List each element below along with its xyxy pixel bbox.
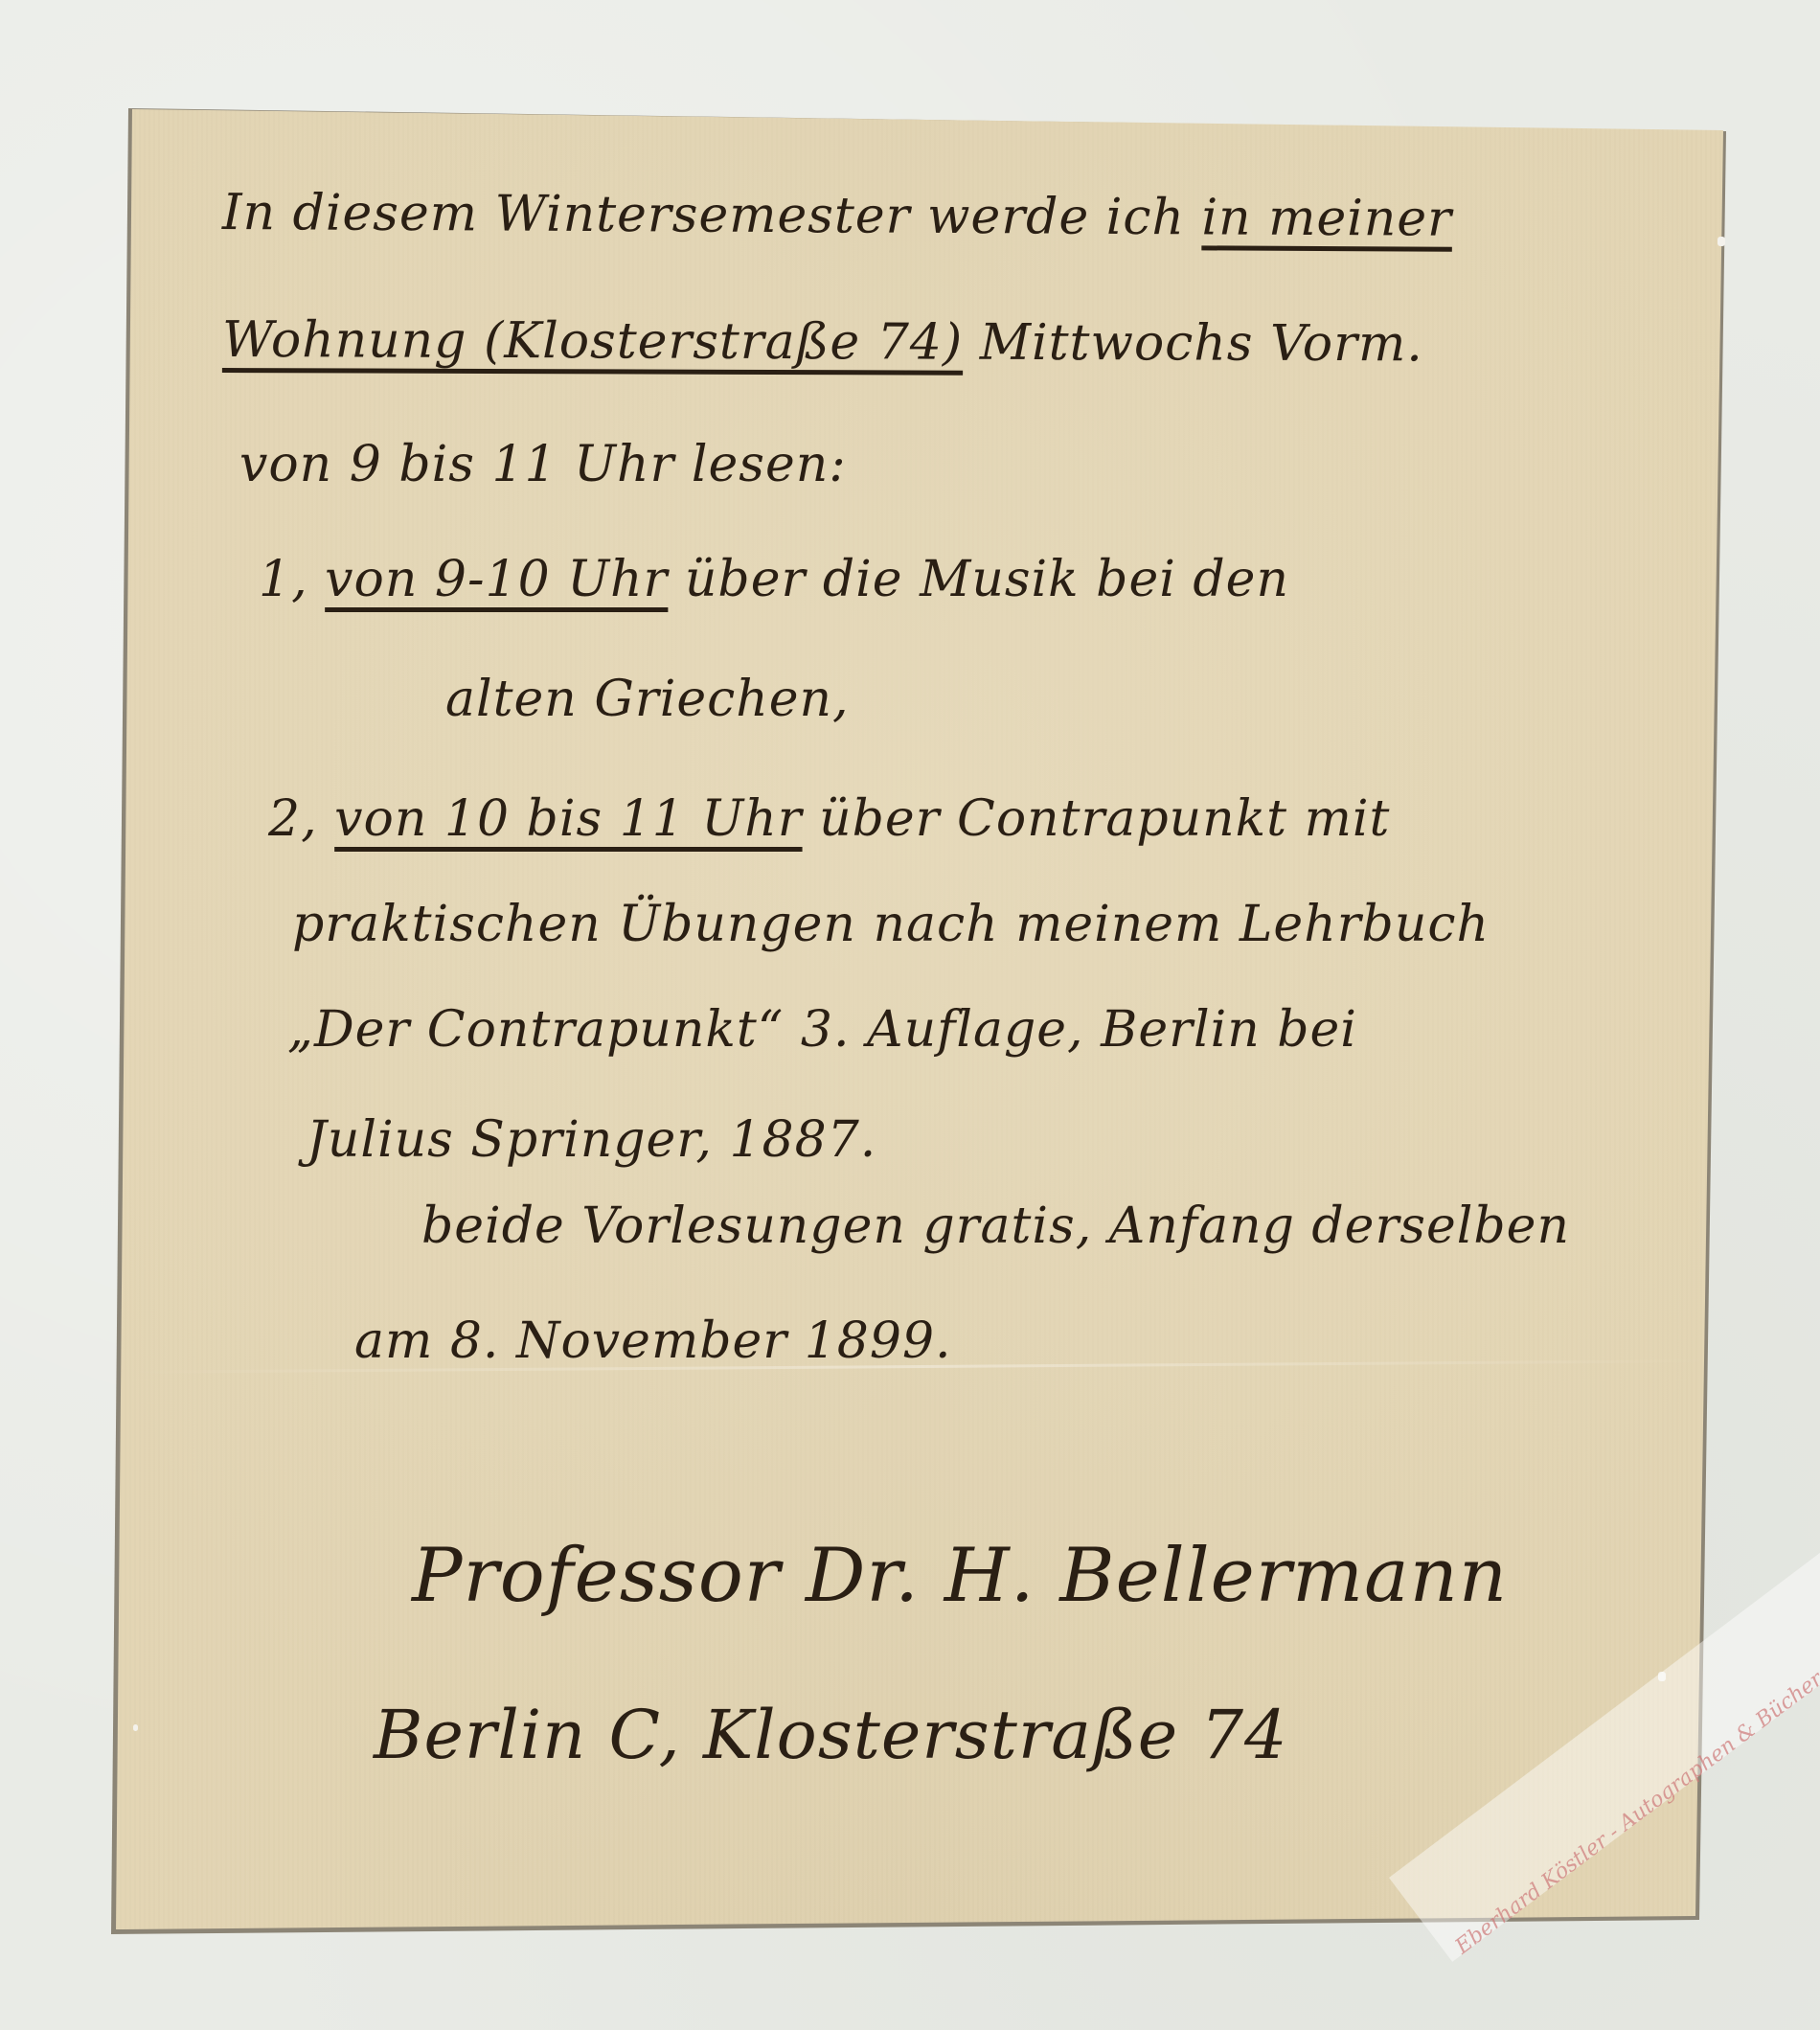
- letter-line-9: Julius Springer, 1887.: [307, 1111, 876, 1169]
- letter-line-4: 1, von 9-10 Uhr über die Musik bei den: [259, 551, 1289, 608]
- letter-line-2: Wohnung (Klosterstraße 74) Mittwochs Vor…: [222, 311, 1423, 373]
- underlined-text: von 10 bis 11 Uhr: [334, 790, 802, 848]
- letter-line-10: beide Vorlesungen gratis, Anfang derselb…: [421, 1197, 1570, 1255]
- line-text: alten Griechen,: [445, 671, 850, 728]
- letter-line-8: „Der Contrapunkt“ 3. Auflage, Berlin bei: [287, 1001, 1357, 1059]
- line-text: Julius Springer, 1887.: [307, 1111, 876, 1169]
- line-text: Mittwochs Vorm.: [963, 314, 1423, 374]
- line-text: über die Musik bei den: [668, 551, 1289, 608]
- line-text: am 8. November 1899.: [354, 1312, 952, 1370]
- letter-line-7: praktischen Übungen nach meinem Lehrbuch: [292, 896, 1490, 953]
- signature: Professor Dr. H. Bellermann: [412, 1533, 1508, 1619]
- line-text: von 9 bis 11 Uhr lesen:: [239, 436, 847, 493]
- underlined-text: in meiner: [1201, 189, 1452, 247]
- sender-address: Berlin C, Klosterstraße 74: [374, 1696, 1288, 1774]
- paper-pin-hole: [133, 1724, 138, 1731]
- letter-line-3: von 9 bis 11 Uhr lesen:: [239, 436, 847, 493]
- line-text: „Der Contrapunkt“ 3. Auflage, Berlin bei: [287, 1001, 1357, 1059]
- line-text: beide Vorlesungen gratis, Anfang derselb…: [421, 1197, 1570, 1255]
- underlined-text: von 9-10 Uhr: [325, 551, 668, 608]
- underlined-text: Wohnung (Klosterstraße 74): [222, 311, 963, 372]
- line-text: In diesem Wintersemester werde ich: [222, 184, 1202, 246]
- list-number: 1,: [259, 551, 325, 608]
- paper-edge-notch: [1718, 237, 1725, 246]
- line-text: über Contrapunkt mit: [803, 790, 1391, 848]
- letter-line-6: 2, von 10 bis 11 Uhr über Contrapunkt mi…: [268, 790, 1390, 848]
- letter-line-1: In diesem Wintersemester werde ich in me…: [222, 184, 1452, 248]
- list-number: 2,: [268, 790, 334, 848]
- letter-line-5: alten Griechen,: [445, 671, 850, 728]
- letter-line-11: am 8. November 1899.: [354, 1312, 952, 1370]
- line-text: praktischen Übungen nach meinem Lehrbuch: [292, 896, 1490, 953]
